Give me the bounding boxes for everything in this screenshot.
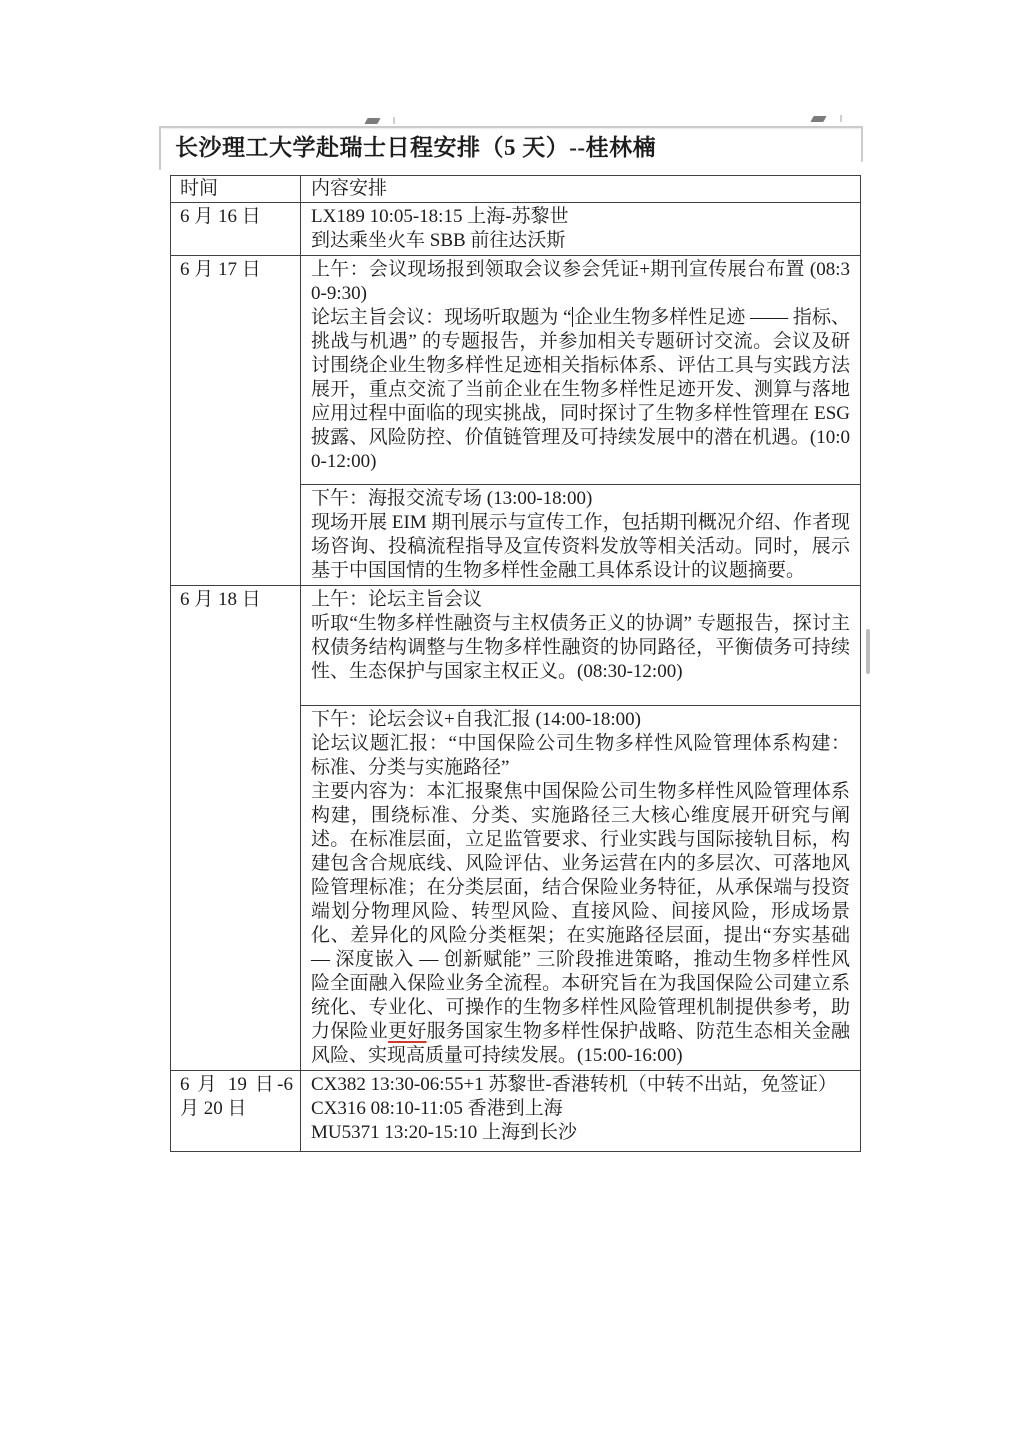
itinerary-line: 到达乘坐火车 SBB 前往达沃斯 (311, 229, 850, 253)
itinerary-line: LX189 10:05-18:15 上海-苏黎世 (311, 205, 850, 229)
table-row-june17: 6 月 17 日 上午：会议现场报到领取会议参会凭证+期刊宣传展台布置 (08:… (171, 255, 860, 585)
spellcheck-underlined-text: 更好 (388, 1021, 427, 1042)
session-paragraph: 现场开展 EIM 期刊展示与宣传工作，包括期刊概况介绍、作者现场咨询、投稿流程指… (311, 511, 850, 583)
session-paragraph: 下午：海报交流专场 (13:00-18:00) (311, 487, 850, 511)
column-header-time: 时间 (171, 176, 301, 202)
date-cell: 6 月 16 日 (171, 203, 301, 255)
smudge-mark-icon (810, 116, 826, 122)
page-title: 长沙理工大学赴瑞士日程安排（5 天）--桂林楠 (175, 129, 656, 162)
title-frame-top-border (161, 126, 861, 128)
table-header-row: 时间 内容安排 (171, 176, 860, 202)
paragraph-segment: 企业生物多样性足迹 —— 指标、挑战与机遇” 的专题报告，并参加相关专题研讨交流… (311, 307, 850, 472)
paragraph-segment: 论坛主旨会议：现场听取题为 “ (311, 307, 572, 328)
afternoon-session-cell: 下午：海报交流专场 (13:00-18:00) 现场开展 EIM 期刊展示与宣传… (301, 484, 860, 585)
content-cell: CX382 13:30-06:55+1 苏黎世-香港转机（中转不出站，免签证） … (301, 1071, 860, 1151)
tick-mark-icon (840, 115, 842, 122)
session-paragraph: 下午：论坛会议+自我汇报 (14:00-18:00) (311, 708, 850, 732)
content-cell: 上午：论坛主旨会议 听取“生物多样性融资与主权债务正义的协调” 专题报告，探讨主… (301, 586, 860, 1070)
date-cell: 6 月 17 日 (171, 256, 301, 585)
session-paragraph: 主要内容为：本汇报聚焦中国保险公司生物多样性风险管理体系构建，围绕标准、分类、实… (311, 780, 850, 1068)
afternoon-session-cell: 下午：论坛会议+自我汇报 (14:00-18:00) 论坛议题汇报：“中国保险公… (301, 705, 860, 1070)
session-paragraph: 论坛主旨会议：现场听取题为 “企业生物多样性足迹 —— 指标、挑战与机遇” 的专… (311, 306, 850, 474)
title-frame: 长沙理工大学赴瑞士日程安排（5 天）--桂林楠 (159, 126, 863, 172)
date-cell: 6 月 19 日-6 月 20 日 (171, 1071, 301, 1151)
session-paragraph: 上午：论坛主旨会议 (311, 588, 850, 612)
morning-session-cell: 上午：会议现场报到领取会议参会凭证+期刊宣传展台布置 (08:30-9:30) … (301, 256, 860, 484)
itinerary-line: CX316 08:10-11:05 香港到上海 (311, 1097, 850, 1121)
table-row-june19-20: 6 月 19 日-6 月 20 日 CX382 13:30-06:55+1 苏黎… (171, 1070, 860, 1151)
title-frame-right-border (861, 126, 863, 162)
morning-session-cell: 上午：论坛主旨会议 听取“生物多样性融资与主权债务正义的协调” 专题报告，探讨主… (301, 586, 860, 705)
smudge-mark-icon (364, 118, 380, 124)
session-paragraph: 论坛议题汇报：“中国保险公司生物多样性风险管理体系构建：标准、分类与实施路径” (311, 732, 850, 780)
table-row-june16: 6 月 16 日 LX189 10:05-18:15 上海-苏黎世 到达乘坐火车… (171, 202, 860, 255)
document-page: 长沙理工大学赴瑞士日程安排（5 天）--桂林楠 时间 内容安排 6 月 16 日… (0, 0, 1024, 1448)
content-cell: 上午：会议现场报到领取会议参会凭证+期刊宣传展台布置 (08:30-9:30) … (301, 256, 860, 585)
text-caret (572, 307, 574, 327)
schedule-table: 时间 内容安排 6 月 16 日 LX189 10:05-18:15 上海-苏黎… (170, 175, 861, 1152)
itinerary-line: MU5371 13:20-15:10 上海到长沙 (311, 1121, 850, 1145)
content-cell: LX189 10:05-18:15 上海-苏黎世 到达乘坐火车 SBB 前往达沃… (301, 203, 860, 255)
date-cell: 6 月 18 日 (171, 586, 301, 1070)
session-paragraph: 听取“生物多样性融资与主权债务正义的协调” 专题报告，探讨主权债务结构调整与生物… (311, 612, 850, 684)
tick-mark-icon (393, 117, 395, 124)
title-frame-left-border (159, 126, 161, 170)
scroll-indicator[interactable] (866, 629, 870, 674)
paragraph-segment: 主要内容为：本汇报聚焦中国保险公司生物多样性风险管理体系构建，围绕标准、分类、实… (311, 781, 850, 1042)
session-paragraph: 上午：会议现场报到领取会议参会凭证+期刊宣传展台布置 (08:30-9:30) (311, 258, 850, 306)
itinerary-line: CX382 13:30-06:55+1 苏黎世-香港转机（中转不出站，免签证） (311, 1073, 850, 1097)
table-row-june18: 6 月 18 日 上午：论坛主旨会议 听取“生物多样性融资与主权债务正义的协调”… (171, 585, 860, 1070)
column-header-content: 内容安排 (301, 176, 860, 202)
